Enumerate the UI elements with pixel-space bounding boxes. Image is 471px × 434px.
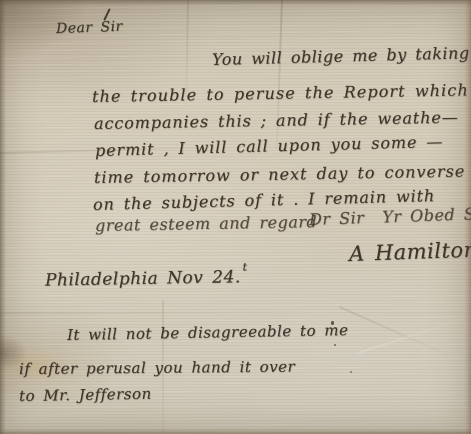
postscript-line: It will not be disagreeable to me [67, 321, 349, 344]
dateline-text: Philadelphia Nov 24. [45, 267, 241, 290]
signature: A Hamilton [349, 238, 471, 266]
letter-text: Dear Sir You will oblige me by taking th… [0, 0, 471, 434]
body-line: the trouble to peruse the Report which [92, 80, 469, 106]
body-line: accompanies this ; and if the weathe— [94, 108, 459, 133]
postscript-line: if after perusal you hand it over [19, 358, 295, 378]
postscript-line: to Mr. Jefferson [19, 385, 152, 405]
body-line: great esteem and regard [95, 212, 317, 235]
closing-valediction: Yr Obed Ser [382, 204, 471, 227]
closing-salute: Dr Sir [309, 208, 365, 229]
body-line: You will oblige me by taking [212, 43, 470, 69]
dateline-superscript: t [242, 260, 247, 273]
letter-scan: Dear Sir You will oblige me by taking th… [0, 0, 471, 434]
salutation: Dear Sir [56, 19, 123, 37]
dateline: Philadelphia Nov 24.t [45, 265, 246, 290]
body-line: permit , I will call upon you some — [95, 132, 444, 160]
body-line: time tomorrow or next day to converse [94, 162, 466, 187]
